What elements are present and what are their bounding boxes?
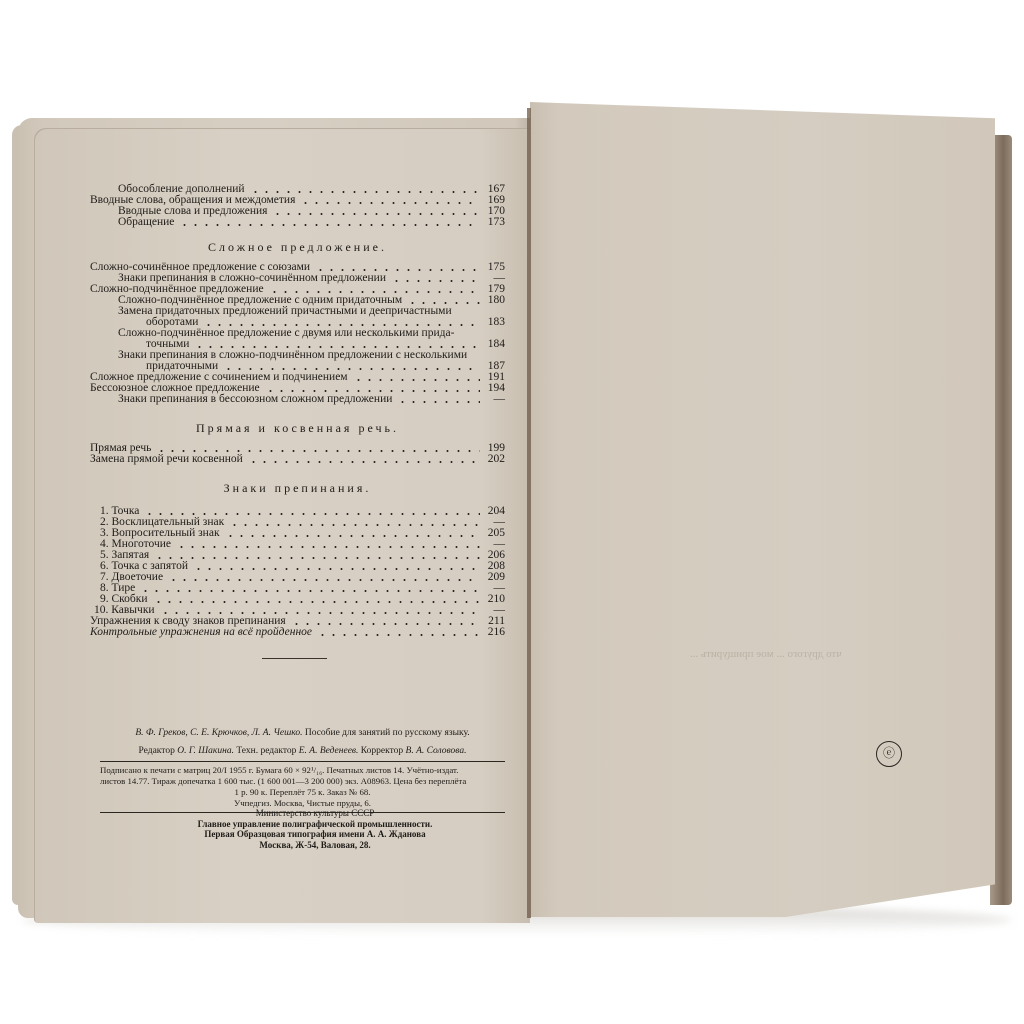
toc-entry: Обращение173 [90,217,505,228]
toc-entry: 8. Тире— [90,583,505,594]
toc-entry: 4. Многоточие— [90,539,505,550]
toc-entry: Знаки препинания в бессоюзном сложном пр… [90,394,505,405]
table-of-contents: Обособление дополнений167 Вводные слова,… [90,184,505,638]
toc-entry: Контрольные упражнения на всё пройденное… [90,627,505,638]
section-heading-punctuation: Знаки препинания. [90,483,505,494]
colophon: В. Ф. Греков, С. Е. Крючков, Л. А. Чешко… [100,726,505,816]
leader-dots [265,390,480,392]
leader-dots [176,546,480,548]
printer-line-1: Министерство культуры СССР [165,808,465,819]
editor-label: Редактор [139,746,175,756]
printer-line-4: Москва, Ж-54, Валовая, 28. [165,840,465,851]
printer-line-3: Первая Образцовая типография имени А. А.… [165,829,465,840]
imprint-line-1: Подписано к печати с матриц 20/I 1955 г.… [100,765,505,776]
leader-dots [407,302,480,304]
proofreader-label: Корректор [361,746,403,756]
leader-dots [153,601,480,603]
leader-dots [229,524,480,526]
toc-entry: Замена прямой речи косвенной202 [90,454,505,465]
leader-dots [179,224,480,226]
book-spine-gutter [527,108,531,918]
bleed-through-text: что другого ... мое прищурить ... [690,648,842,660]
leader-dots [269,291,480,293]
leader-dots [203,324,480,326]
leader-dots [225,535,480,537]
leader-dots [154,557,480,559]
authors: В. Ф. Греков, С. Е. Крючков, Л. А. Чешко… [135,728,302,738]
leader-dots [391,280,480,282]
printer-info: Министерство культуры СССР Главное управ… [165,808,465,850]
leader-dots [291,623,480,625]
leader-dots [144,513,480,515]
right-page [530,102,995,917]
tech-editor-label: Техн. редактор [236,746,296,756]
leader-dots [160,612,480,614]
leader-dots [223,368,480,370]
imprint-line-2: листов 14.77. Тираж допечатка 1 600 тыс.… [100,776,505,787]
imprint-line-3: 1 р. 90 к. Переплёт 75 к. Заказ № 68. [100,787,505,798]
leader-dots [193,568,480,570]
tech-editor-name: Е. А. Веденеев. [299,746,359,756]
end-rule [262,658,327,659]
library-stamp-icon: ⓔ [876,741,902,767]
leader-dots [272,213,480,215]
leader-dots [156,450,480,452]
leader-dots [397,401,480,403]
leader-dots [315,269,480,271]
leader-dots [317,634,480,636]
printer-line-2: Главное управление полиграфической промы… [165,819,465,830]
toc-entry: 7. Двоеточие209 [90,572,505,583]
open-book: что другого ... мое прищурить ... ⓔ Обос… [0,0,1024,1024]
proofreader-name: В. А. Соловова. [406,746,467,756]
leader-dots [353,379,480,381]
editor-name: О. Г. Шакина. [177,746,234,756]
colophon-editors: Редактор О. Г. Шакина. Техн. редактор Е.… [100,744,505,758]
book-title: Пособие для занятий по русскому языку. [305,728,470,738]
section-heading-direct-speech: Прямая и косвенная речь. [90,423,505,434]
leader-dots [168,579,480,581]
leader-dots [248,461,480,463]
leader-dots [140,590,480,592]
leader-dots [250,191,480,193]
leader-dots [194,346,480,348]
colophon-rule [100,761,505,762]
section-heading-complex-sentence: Сложное предложение. [90,242,505,253]
leader-dots [300,202,480,204]
colophon-authors: В. Ф. Греков, С. Е. Крючков, Л. А. Чешко… [100,726,505,740]
